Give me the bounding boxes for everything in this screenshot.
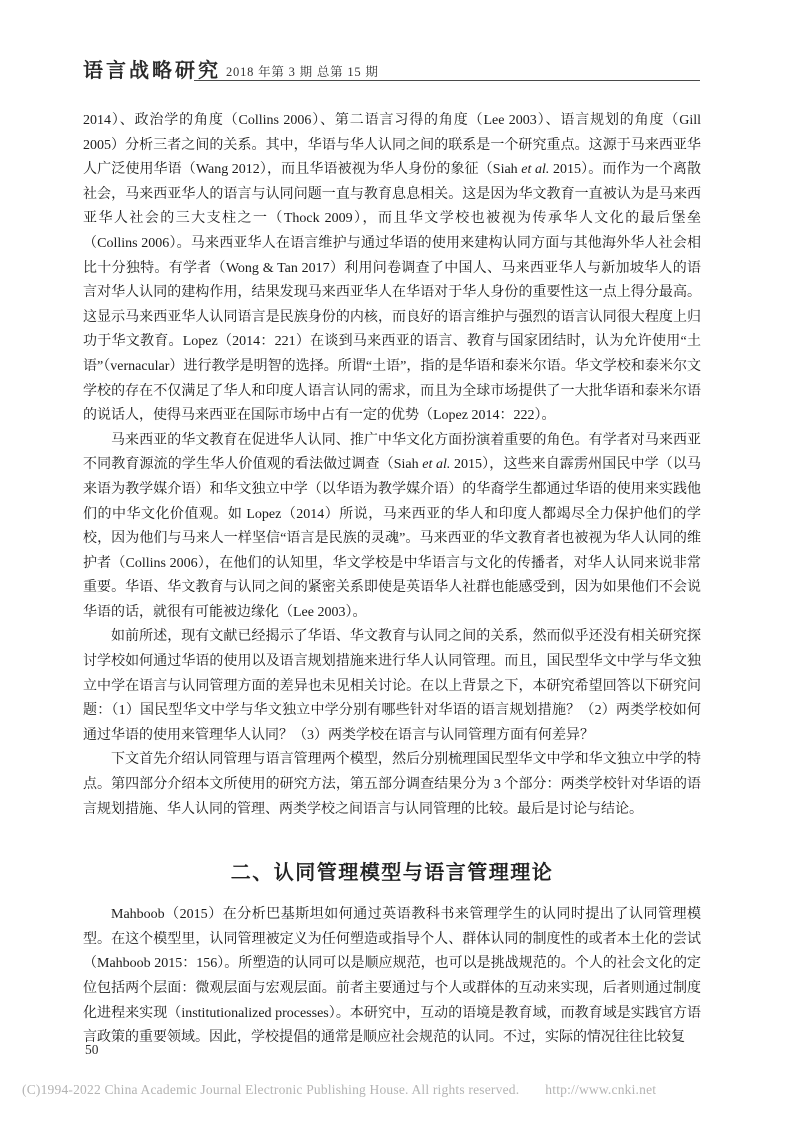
header-rule — [194, 80, 700, 81]
issue-info: 2018 年第 3 期 总第 15 期 — [226, 62, 379, 80]
paragraphs-after-heading: Mahboob（2015）在分析巴基斯坦如何通过英语教科书来管理学生的认同时提出… — [83, 903, 701, 1051]
footer-url: http://www.cnki.net — [545, 1082, 656, 1097]
paragraph: 如前所述，现有文献已经揭示了华语、华文教育与认同之间的关系，然而似乎还没有相关研… — [83, 625, 701, 748]
paragraph: 马来西亚的华文教育在促进华人认同、推广中华文化方面扮演着重要的角色。有学者对马来… — [83, 429, 701, 626]
page-number: 50 — [85, 1042, 99, 1058]
paragraph: 下文首先介绍认同管理与语言管理两个模型，然后分别梳理国民型华文中学和华文独立中学… — [83, 748, 701, 822]
article-body: 2014）、政治学的角度（Collins 2006）、第二语言习得的角度（Lee… — [83, 109, 701, 1051]
section-heading: 二、认同管理模型与语言管理理论 — [83, 859, 701, 887]
document-page: 语言战略研究 2018 年第 3 期 总第 15 期 2014）、政治学的角度（… — [0, 0, 794, 1123]
paragraph: 2014）、政治学的角度（Collins 2006）、第二语言习得的角度（Lee… — [83, 109, 701, 429]
copyright-text: (C)1994-2022 China Academic Journal Elec… — [22, 1082, 519, 1097]
journal-title: 语言战略研究 — [83, 54, 221, 83]
paragraph: Mahboob（2015）在分析巴基斯坦如何通过英语教科书来管理学生的认同时提出… — [83, 903, 701, 1051]
page-footer: (C)1994-2022 China Academic Journal Elec… — [22, 1082, 656, 1098]
paragraphs-before-heading: 2014）、政治学的角度（Collins 2006）、第二语言习得的角度（Lee… — [83, 109, 701, 822]
